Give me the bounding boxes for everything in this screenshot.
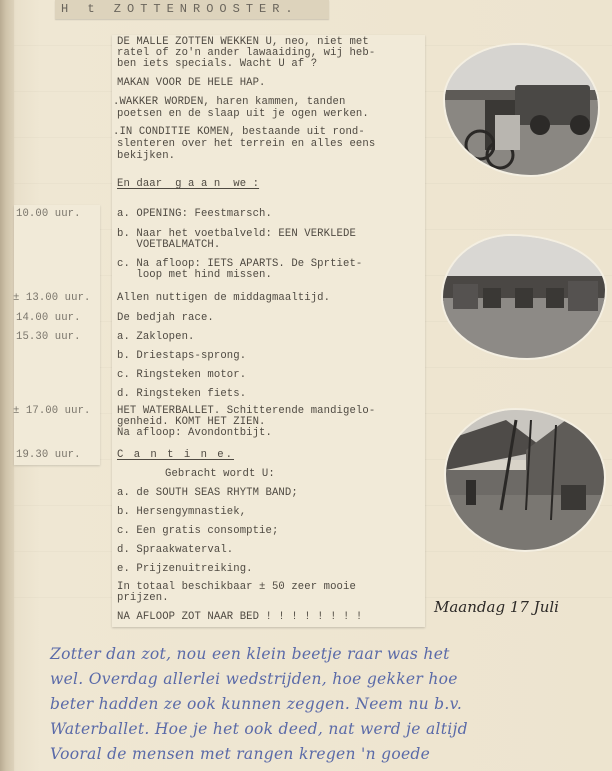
intro-line: bekijken. xyxy=(117,151,175,163)
intro-line: ben iets specials. Wacht U af ? xyxy=(117,59,317,71)
cantine-item: d. Spraakwaterval. xyxy=(117,545,233,557)
handwritten-line: Zotter dan zot, nou een klein beetje raa… xyxy=(50,645,450,663)
prizes-line: prijzen. xyxy=(117,593,169,605)
schedule-line: a. Zaklopen. xyxy=(117,332,195,344)
schedule-line: d. Ringsteken fiets. xyxy=(117,389,246,401)
intro-line: poetsen en de slaap uit je ogen werken. xyxy=(117,109,369,121)
cantine-item: e. Prijzenuitreiking. xyxy=(117,564,253,576)
intro-line: slenteren over het terrein en alles eens xyxy=(117,139,375,151)
section-heading: En daar g a a n we : xyxy=(117,179,259,191)
schedule-line: Na afloop: Avondontbijt. xyxy=(117,428,272,440)
schedule-time: 19.30 uur. xyxy=(16,450,81,462)
cantine-item: b. Hersengymnastiek, xyxy=(117,507,246,519)
schedule-time: ± 13.00 uur. xyxy=(13,293,91,305)
cantine-intro: Gebracht wordt U: xyxy=(165,469,275,481)
schedule-time: ± 17.00 uur. xyxy=(13,406,91,418)
photo-ladders-barracks xyxy=(446,410,604,550)
intro-line: .WAKKER WORDEN, haren kammen, tanden xyxy=(113,97,345,109)
schedule-line: De bedjah race. xyxy=(117,313,214,325)
closing-line: NA AFLOOP ZOT NAAR BED ! ! ! ! ! ! ! ! xyxy=(117,612,362,624)
cantine-heading: C a n t i n e. xyxy=(117,450,234,462)
handwritten-line: wel. Overdag allerlei wedstrijden, hoe g… xyxy=(50,670,458,688)
handwritten-line: beter hadden ze ook kunnen zeggen. Neem … xyxy=(50,695,462,713)
schedule-line: loop met hind missen. xyxy=(117,270,272,282)
schedule-line: c. Ringsteken motor. xyxy=(117,370,246,382)
schedule-time: 10.00 uur. xyxy=(16,209,81,221)
cantine-item: a. de SOUTH SEAS RHYTM BAND; xyxy=(117,488,298,500)
handwritten-line: Waterballet. Hoe je het ook deed, nat we… xyxy=(50,720,468,738)
intro-line: .IN CONDITIE KOMEN, bestaande uit rond- xyxy=(113,127,365,139)
album-binding-edge xyxy=(0,0,14,771)
cantine-item: c. Een gratis consomptie; xyxy=(117,526,278,538)
schedule-line: VOETBALMATCH. xyxy=(117,240,220,252)
intro-line: MAKAN VOOR DE HELE HAP. xyxy=(117,78,266,90)
schedule-time: 15.30 uur. xyxy=(16,332,81,344)
schedule-line: Allen nuttigen de middagmaaltijd. xyxy=(117,293,330,305)
handwritten-line: Vooral de mensen met rangen kregen 'n go… xyxy=(50,745,430,763)
schedule-line: a. OPENING: Feestmarsch. xyxy=(117,209,272,221)
handwritten-date: Maandag 17 Juli xyxy=(434,598,559,616)
schedule-time: 14.00 uur. xyxy=(16,313,81,325)
schedule-line: b. Driestaps-sprong. xyxy=(117,351,246,363)
page-title: H t ZOTTENROOSTER. xyxy=(55,0,329,19)
